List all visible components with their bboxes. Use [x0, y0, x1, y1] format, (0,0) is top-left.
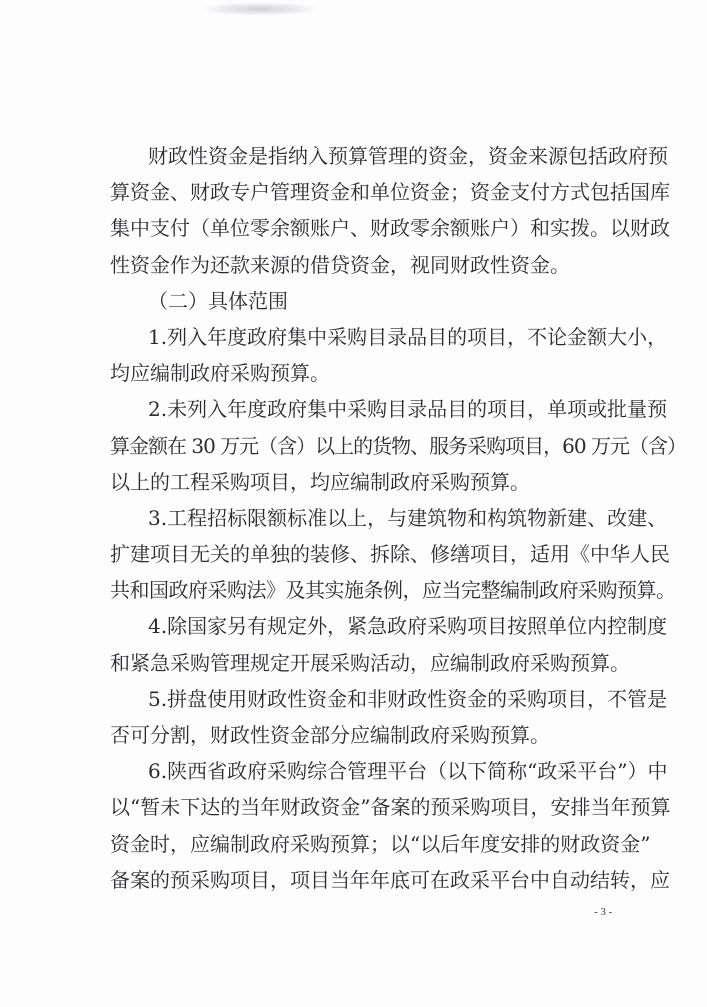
text-line: 均应编制政府采购预算。 [110, 355, 620, 391]
text-line: 5.拼盘使用财政性资金和非财政性资金的采购项目，不管是 [110, 681, 620, 717]
text-line: 算资金、财政专户管理资金和单位资金；资金支付方式包括国库 [110, 174, 620, 210]
text-line: 资金时，应编制政府采购预算；以“以后年度安排的财政资金” [110, 826, 620, 862]
text-line: 性资金作为还款来源的借贷资金，视同财政性资金。 [110, 247, 620, 283]
text-line: 1.列入年度政府集中采购目录品目的项目，不论金额大小， [110, 319, 620, 355]
text-line: 6.陕西省政府采购综合管理平台（以下简称“政采平台”）中 [110, 753, 620, 789]
text-line: 财政性资金是指纳入预算管理的资金，资金来源包括政府预 [110, 138, 620, 174]
text-line: 否可分割，财政性资金部分应编制政府采购预算。 [110, 717, 620, 753]
text-line: 2.未列入年度政府集中采购目录品目的项目，单项或批量预 [110, 391, 620, 427]
text-line: 共和国政府采购法》及其实施条例，应当完整编制政府采购预算。 [110, 572, 620, 608]
text-line: 3.工程招标限额标准以上，与建筑物和构筑物新建、改建、 [110, 500, 620, 536]
section-heading: （二）具体范围 [110, 283, 620, 319]
text-line: 集中支付（单位零余额账户、财政零余额账户）和实拨。以财政 [110, 210, 620, 246]
document-body: 财政性资金是指纳入预算管理的资金，资金来源包括政府预 算资金、财政专户管理资金和… [110, 138, 620, 898]
text-line: 以“暂未下达的当年财政资金”备案的预采购项目，安排当年预算 [110, 789, 620, 825]
text-line: 备案的预采购项目，项目当年年底可在政采平台中自动结转，应 [110, 862, 620, 898]
text-line: 和紧急采购管理规定开展采购活动，应编制政府采购预算。 [110, 645, 620, 681]
scan-artifact [200, 2, 320, 16]
page-number: - 3 - [594, 906, 612, 918]
text-line: 扩建项目无关的单独的装修、拆除、修缮项目，适用《中华人民 [110, 536, 620, 572]
text-line: 以上的工程采购项目，均应编制政府采购预算。 [110, 464, 620, 500]
text-line: 4.除国家另有规定外，紧急政府采购项目按照单位内控制度 [110, 608, 620, 644]
text-line: 算金额在 30 万元（含）以上的货物、服务采购项目，60 万元（含） [110, 428, 620, 464]
